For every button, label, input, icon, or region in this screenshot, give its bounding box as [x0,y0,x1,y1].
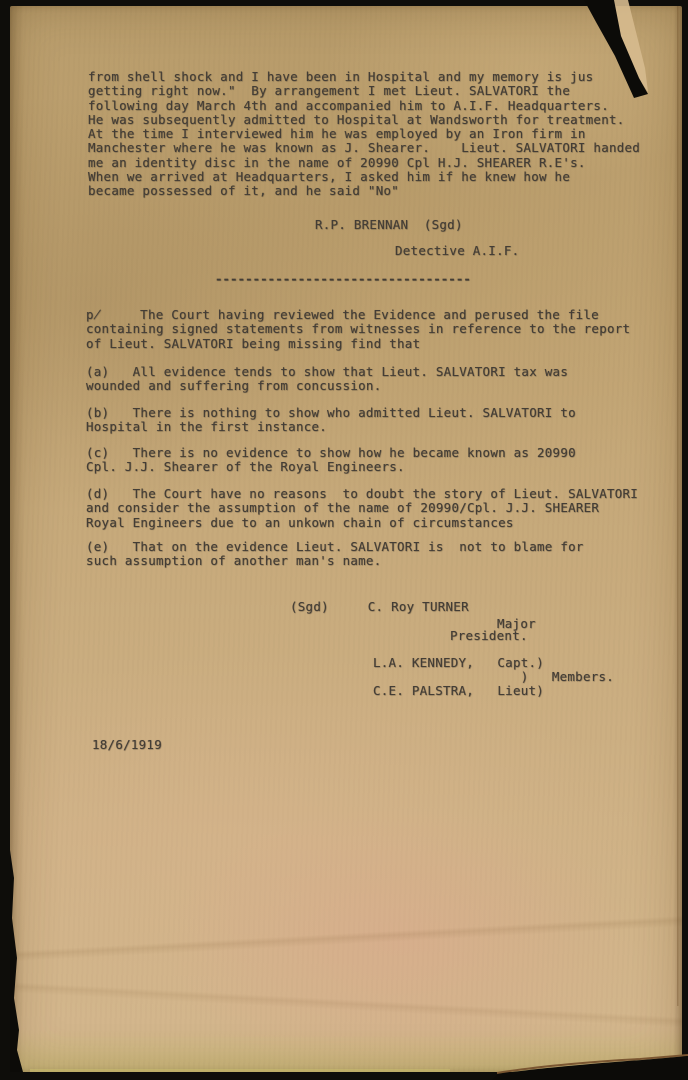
president-signature-line: (Sgd) C. Roy TURNER [290,600,469,614]
finding-b: (b) There is nothing to show who admitte… [86,406,576,435]
finding-d: (d) The Court have no reasons to doubt t… [86,487,638,530]
document-date: 18/6/1919 [92,738,162,752]
section-divider: ---------------------------------- [215,272,471,286]
finding-a: (a) All evidence tends to show that Lieu… [86,365,568,394]
members-signature-block: L.A. KENNEDY, Capt.) ) Members. C.E. PAL… [373,656,614,699]
body-paragraph: from shell shock and I have been in Hosp… [88,70,640,199]
president-title: President. [450,629,528,643]
witness-signature-title: Detective A.I.F. [395,244,519,258]
finding-c: (c) There is no evidence to show how he … [86,446,576,475]
finding-e: (e) That on the evidence Lieut. SALVATOR… [86,540,584,569]
scanned-document-page: from shell shock and I have been in Hosp… [0,0,688,1080]
witness-signature-name: R.P. BRENNAN (Sgd) [315,218,463,232]
court-statement-paragraph: p̸ The Court having reviewed the Evidenc… [86,308,630,351]
